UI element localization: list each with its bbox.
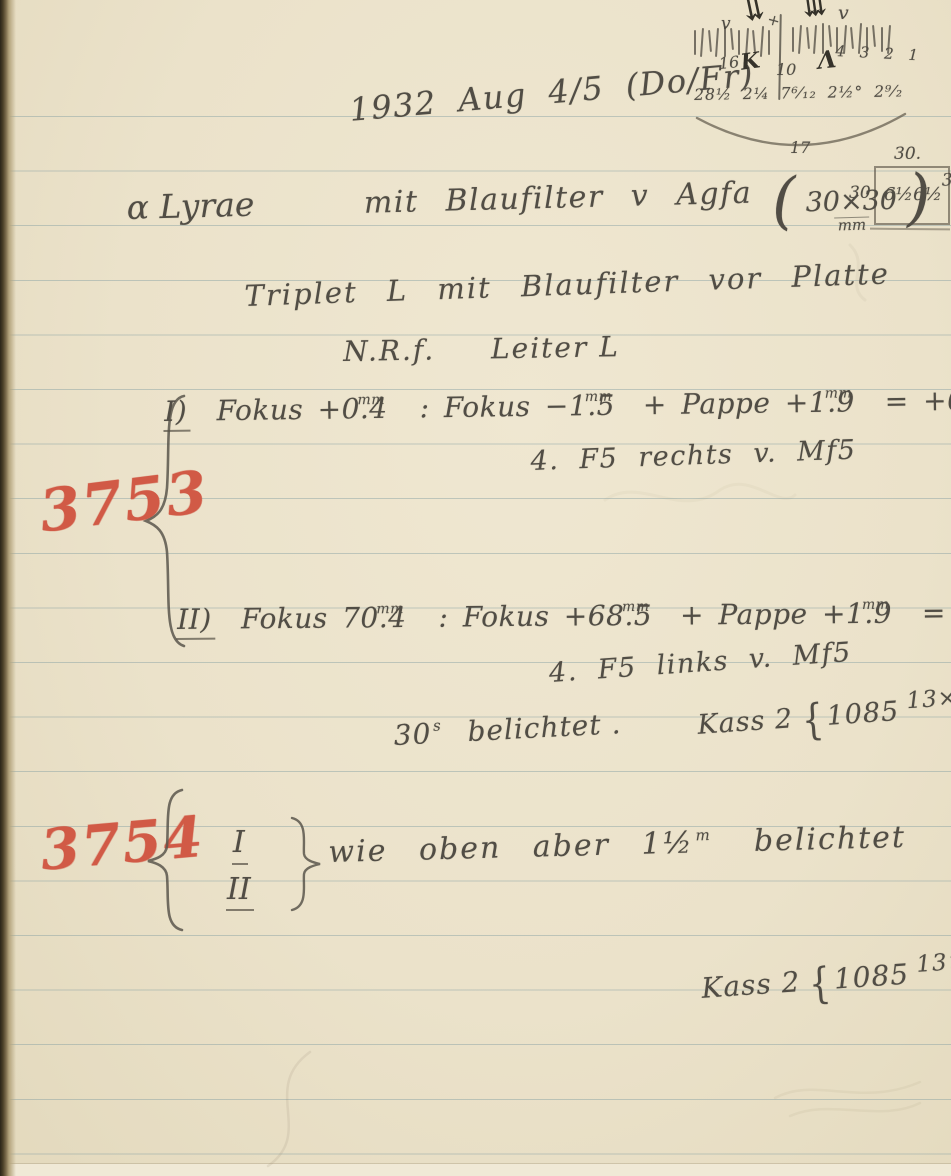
grouping-brace-3754 [144, 786, 186, 934]
page-bottom-edge [0, 1163, 951, 1176]
notebook-page: 1932 Aug 4/5 (Do/Fr) ↓↓ v ↓↓↓ v + 16 K 1… [0, 0, 951, 1176]
focus-row-1: I) Fokus +0.4mm : Fokus −1.5mm + Pappe +… [163, 384, 951, 428]
focus-term: + Pappe +1.9 [643, 385, 855, 421]
setup-line-2: N.R.f. Leiter L [343, 331, 620, 368]
unit-minutes: m [695, 827, 710, 845]
show-through-mark [770, 1068, 930, 1128]
exposure-word: belichtet . [467, 707, 623, 748]
unit-mm: mm [585, 389, 613, 405]
unit-mm: mm [357, 392, 385, 408]
note-text: belichtet [753, 820, 906, 859]
focus-term: = +0.4 [885, 383, 951, 418]
setup-line: Triplet L mit Blaufilter vor Platte [244, 257, 890, 313]
tick-mark [798, 25, 802, 54]
cassette-brace: { [800, 695, 826, 745]
unit-mm: mm [862, 597, 890, 613]
arrow-scribble-icon: ↓↓ [737, 0, 759, 30]
setup-abbrev: N.R.f. [343, 333, 435, 368]
cassette-note-2: Kass 2{108513×18 [700, 947, 951, 1016]
repeat-note: wie oben aber 1½m belichtet [328, 821, 906, 871]
focus-term: : Fokus +68.5 [438, 599, 652, 634]
measurement-sketch: ↓↓ v ↓↓↓ v + 16 K 10 Λ 4 3 2 1 28½ 2¼ 7⁶… [690, 0, 951, 165]
cassette-name: Kass 2 [696, 703, 794, 741]
sum-label: 17 [790, 138, 810, 157]
open-paren: ( [771, 163, 797, 237]
row-label: II [226, 873, 254, 912]
object-line: α Lyrae mit Blaufilter v Agfa ( 30×30 mm… [126, 160, 951, 253]
focus-row-1-note: 4. F5 rechts v. Mf5 [530, 435, 857, 477]
focus-row-2-note: 4. F5 links v. Mf5 [548, 637, 853, 689]
tick-mark [694, 30, 696, 55]
show-through-mark [600, 470, 800, 530]
tick-mark [715, 28, 719, 57]
tick-count-center: 10 [776, 60, 796, 79]
row-label: II) [176, 603, 215, 640]
fraction-row: 28½ 2¼ 7⁶⁄₁₂ 2½° 2⁹⁄₂ [694, 82, 903, 104]
focus-term: = 70.4 [922, 596, 951, 630]
close-paren: ) [905, 160, 931, 234]
row-label: I) [163, 395, 190, 432]
tick-mark [768, 30, 770, 55]
unit-seconds: s [433, 717, 442, 735]
repeat-labels: I II [226, 826, 254, 911]
setup-ladder: Leiter L [491, 330, 620, 365]
tick-count-left: 16 [718, 52, 740, 73]
show-through-mark [240, 1048, 360, 1173]
plate-size: 30×30 [805, 187, 897, 216]
arrow-scribble-icon: ↓↓↓ [797, 0, 819, 25]
closing-brace [288, 814, 324, 914]
plate-id: 1085 [833, 957, 910, 995]
unit-mm: mm [622, 599, 650, 615]
tick-mark [708, 30, 712, 52]
exposure-note: 30s belichtet . [393, 708, 622, 752]
plate-format: 13×18 [915, 946, 951, 978]
after-paren-count: 30 [942, 171, 951, 191]
object-filter-text: mit Blaufilter v Agfa [363, 176, 752, 221]
scale-digits: 4 3 2 1 [835, 42, 923, 65]
focus-term: + Pappe +1.9 [680, 597, 892, 632]
tick-mark [792, 27, 794, 52]
exposure-value: 30 [393, 717, 432, 752]
row-label: I [232, 826, 248, 865]
cassette-brace: { [808, 959, 834, 1009]
cassette-note-1: Kass 2{108513×18 [696, 684, 951, 753]
tick-mark [700, 28, 704, 57]
focus-row-2: II) Fokus 70.4mm : Fokus +68.5mm + Pappe… [176, 597, 951, 637]
plate-format: 13×18 [906, 683, 951, 715]
tick-mark [806, 27, 810, 49]
star-name: α Lyrae [126, 185, 255, 227]
plate-size-stack: 30×30 mm [805, 187, 897, 234]
arrow-mark: K [739, 47, 762, 75]
binding-edge [0, 0, 16, 1176]
cassette-name: Kass 2 [700, 965, 801, 1005]
tick-mark [730, 28, 734, 50]
plate-unit: mm [834, 217, 869, 234]
unit-mm: mm [825, 385, 853, 401]
check-mark-icon: v [838, 2, 849, 24]
plate-id: 1085 [826, 696, 901, 732]
note-text: wie oben aber 1½ [328, 825, 694, 870]
unit-mm: mm [376, 601, 404, 617]
tick-mark [759, 26, 763, 57]
